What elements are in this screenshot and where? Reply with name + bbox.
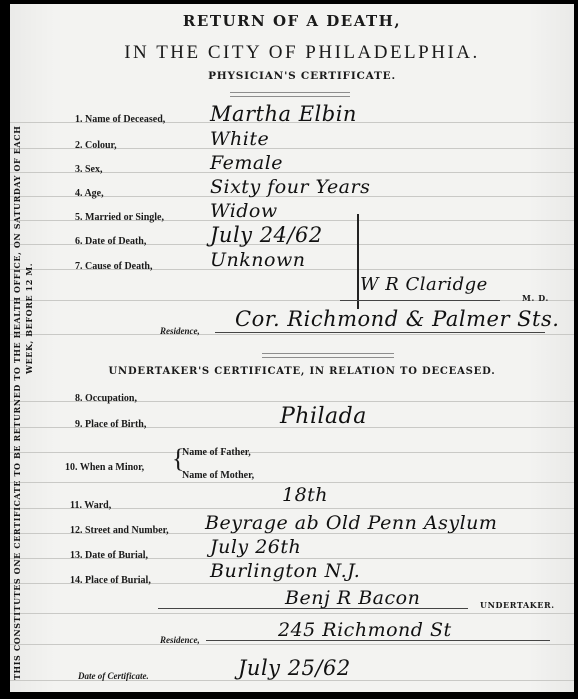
field-label-street-number: 12. Street and Number, (70, 525, 169, 536)
section-divider (262, 353, 394, 358)
physician-section-heading: PHYSICIAN'S CERTIFICATE. (30, 70, 574, 82)
field-label-colour: 2. Colour, (75, 140, 117, 151)
field-value-date-of-burial: July 26th (210, 536, 301, 558)
death-certificate: THIS CONSTITUTES ONE CERTIFICATE TO BE R… (10, 4, 574, 692)
undertaker-section-heading: UNDERTAKER'S CERTIFICATE, IN RELATION TO… (10, 366, 574, 377)
field-label-place-of-burial: 14. Place of Burial, (70, 575, 151, 586)
field-label-cause-of-death: 7. Cause of Death, (75, 261, 153, 272)
field-label-sex: 3. Sex, (75, 164, 103, 175)
margin-notice: THIS CONSTITUTES ONE CERTIFICATE TO BE R… (10, 4, 48, 692)
undertaker-residence-label: Residence, (160, 635, 200, 645)
margin-notice-line1: THIS CONSTITUTES ONE CERTIFICATE TO BE R… (12, 126, 22, 680)
field-value-place-of-birth: Philada (280, 404, 367, 429)
field-value-ward: 18th (282, 484, 328, 506)
physician-residence-label: Residence, (160, 326, 200, 336)
field-label-marital-status: 5. Married or Single, (75, 212, 164, 223)
certificate-date-label: Date of Certificate. (78, 671, 149, 681)
field-value-cause-of-death: Unknown (210, 249, 305, 271)
field-value-sex: Female (210, 152, 283, 174)
margin-notice-line2: WEEK, BEFORE 12 M. (24, 263, 34, 374)
field-value-street-number: Beyrage ab Old Penn Asylum (205, 512, 497, 534)
certificate-date-value: July 25/62 (238, 656, 351, 680)
field-label-date-of-burial: 13. Date of Burial, (70, 550, 148, 561)
signature-flourish (357, 214, 359, 309)
field-label-date-of-death: 6. Date of Death, (75, 236, 146, 247)
field-label-name: 1. Name of Deceased, (75, 114, 165, 125)
field-label-ward: 11. Ward, (70, 500, 111, 511)
physician-residence-value: Cor. Richmond & Palmer Sts. (235, 307, 559, 331)
physician-residence-line (215, 332, 545, 333)
field-label-mother-name: Name of Mother, (182, 470, 254, 481)
field-value-place-of-burial: Burlington N.J. (210, 560, 360, 582)
document-subtitle: IN THE CITY OF PHILADELPHIA. (30, 42, 574, 64)
field-value-date-of-death: July 24/62 (210, 223, 323, 247)
undertaker-signature: Benj R Bacon (285, 587, 420, 609)
field-value-age: Sixty four Years (210, 176, 370, 198)
physician-signature-line (340, 300, 500, 301)
field-value-marital-status: Widow (210, 200, 278, 222)
header-divider (230, 92, 350, 97)
field-label-when-minor: 10. When a Minor, (65, 462, 144, 473)
field-value-colour: White (210, 128, 269, 150)
document-title: RETURN OF A DEATH, (10, 12, 574, 30)
physician-signature: W R Claridge (360, 274, 488, 295)
undertaker-residence-line (206, 640, 550, 641)
field-label-father-name: Name of Father, (182, 447, 251, 458)
undertaker-residence-value: 245 Richmond St (278, 619, 452, 641)
field-label-age: 4. Age, (75, 188, 104, 199)
field-label-occupation: 8. Occupation, (75, 393, 137, 404)
field-label-place-of-birth: 9. Place of Birth, (75, 419, 146, 430)
undertaker-suffix: UNDERTAKER. (480, 600, 555, 610)
field-value-name: Martha Elbin (210, 102, 357, 126)
physician-suffix: M. D. (522, 293, 549, 303)
